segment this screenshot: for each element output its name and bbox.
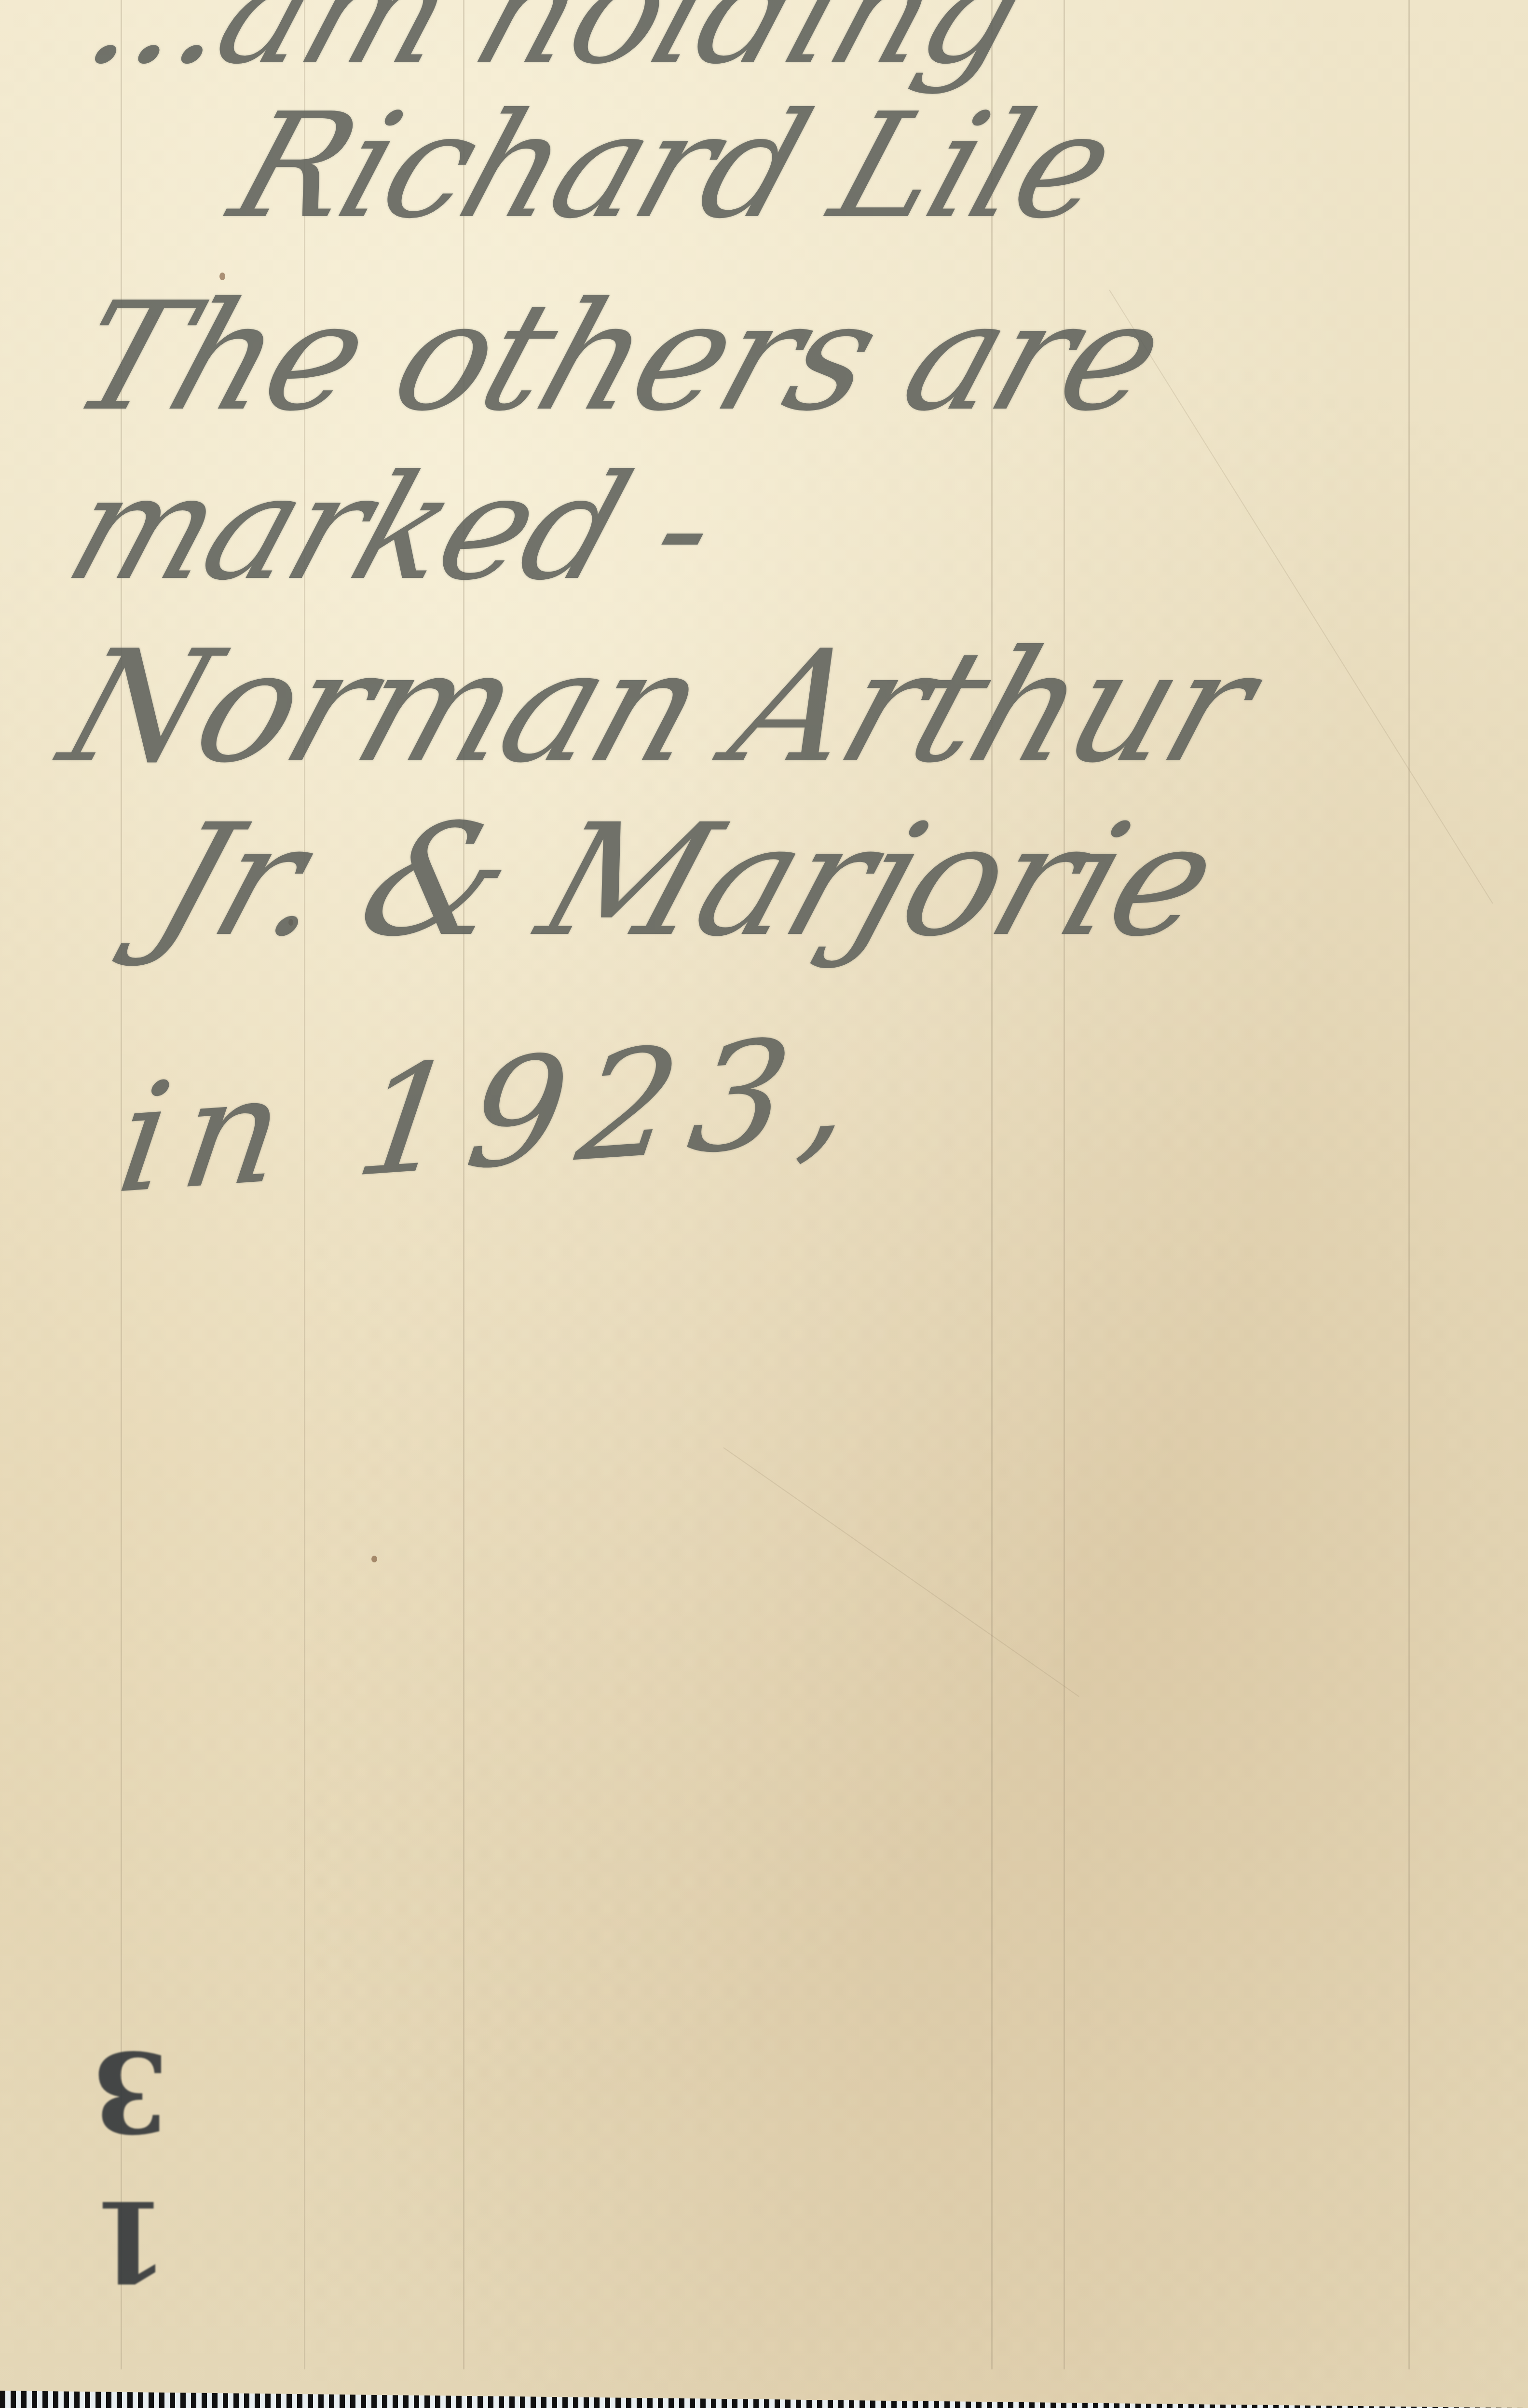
number-stamp: 13 [58, 2031, 203, 2282]
ruled-line [1408, 0, 1410, 2369]
handwriting-line-3: The others are [54, 270, 1181, 444]
handwriting-line-6: Jr. & Marjorie [135, 791, 1235, 971]
stamp-number: 13 [75, 2007, 186, 2306]
handwriting-line-5: Norman Arthur [43, 617, 1272, 797]
handwriting-line-4: marked - [50, 444, 735, 612]
handwriting-line-2: Richard Lile [214, 82, 1132, 250]
paper-spot [371, 1556, 377, 1562]
